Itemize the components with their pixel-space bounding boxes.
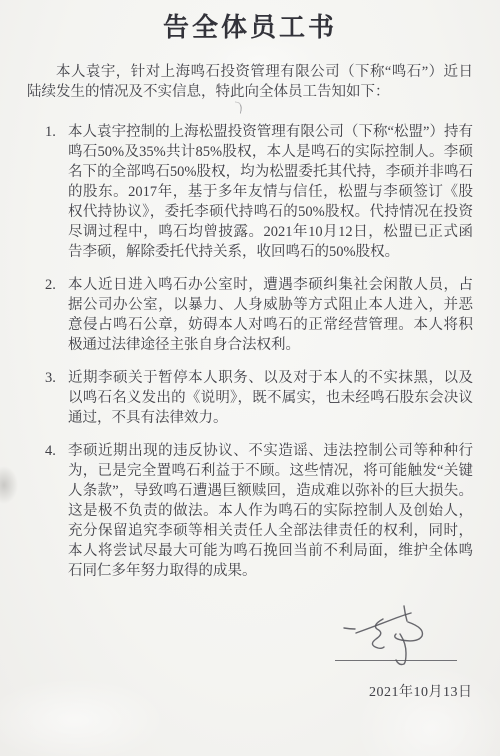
document-title: 告全体员工书 [0, 0, 500, 45]
list-item: 4. 李硕近期出现的违反协议、不实造谣、违法控制公司等种种行为，已是完全置鸣石利… [0, 441, 500, 581]
list-item: 3. 近期李硕关于暂停本人职务、以及对于本人的不实抹黑，以及以鸣石名义发出的《说… [0, 368, 500, 428]
handwritten-signature [330, 602, 470, 672]
item-text: 本人近日进入鸣石办公室时，遭遇李硕纠集社会闲散人员，占据公司办公室，以暴力、人身… [68, 275, 473, 355]
item-number: 3. [45, 368, 68, 428]
document-date: 2021年10月13日 [369, 681, 473, 701]
photo-artifact [233, 101, 243, 113]
item-text: 李硕近期出现的违反协议、不实造谣、违法控制公司等种种行为，已是完全置鸣石利益于不… [68, 441, 473, 581]
list-item: 2. 本人近日进入鸣石办公室时，遭遇李硕纠集社会闲散人员，占据公司办公室，以暴力… [0, 275, 500, 355]
intro-paragraph: 本人袁宇，针对上海鸣石投资管理有限公司（下称“鸣石”）近日陆续发生的情况及不实信… [27, 62, 473, 102]
item-number: 2. [45, 275, 68, 355]
item-text: 本人袁宇控制的上海松盟投资管理有限公司（下称“松盟”）持有鸣石50%及35%共计… [68, 122, 473, 262]
list-item: 1. 本人袁宇控制的上海松盟投资管理有限公司（下称“松盟”）持有鸣石50%及35… [0, 122, 500, 262]
item-number: 1. [45, 122, 68, 262]
item-text: 近期李硕关于暂停本人职务、以及对于本人的不实抹黑，以及以鸣石名义发出的《说明》，… [68, 368, 473, 428]
item-number: 4. [45, 441, 68, 581]
clauses-list: 1. 本人袁宇控制的上海松盟投资管理有限公司（下称“松盟”）持有鸣石50%及35… [0, 122, 500, 581]
signature-line [335, 660, 457, 661]
document-page: 告全体员工书 本人袁宇，针对上海鸣石投资管理有限公司（下称“鸣石”）近日陆续发生… [0, 0, 500, 756]
photo-smudge [0, 466, 18, 504]
